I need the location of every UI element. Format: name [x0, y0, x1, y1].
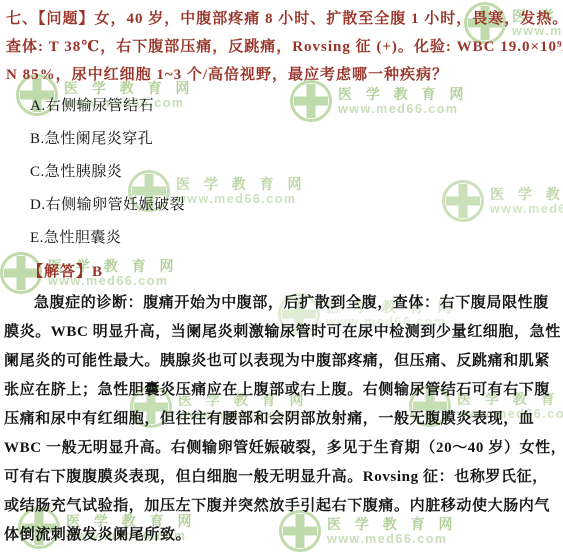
explanation-line: 体倒流刺激发炎阑尾所致。	[4, 521, 563, 550]
explanation-line: WBC 一般无明显升高。右侧输卵管妊娠破裂，多见于生育期（20～40 岁）女性，	[4, 434, 563, 463]
option-b: B.急性阑尾炎穿孔	[30, 130, 563, 149]
question-line-3: N 85%，尿中红细胞 1~3 个/高倍视野，最应考虑哪一种疾病？	[6, 61, 561, 89]
explanation-line: 膜炎。WBC 明显升高，当阑尾炎刺激输尿管时可在尿中检测到少量红细胞，急性	[4, 318, 563, 347]
explanation-line: 可有右下腹腹膜炎表现，但白细胞一般无明显升高。Rovsing 征：也称罗氏征，	[4, 463, 563, 492]
question-stem: 七、【问题】女，40 岁，中腹部疼痛 8 小时、扩散至全腹 1 小时，畏寒，发热…	[0, 0, 563, 89]
answer-label: 【解答】B	[28, 262, 563, 282]
option-d: D.右侧输卵管妊娠破裂	[30, 196, 563, 215]
question-line-2: 查体: T 38℃，右下腹部压痛，反跳痛，Rovsing 征 (+)。化验: W…	[6, 33, 561, 61]
option-c: C.急性胰腺炎	[30, 163, 563, 182]
question-content: 七、【问题】女，40 岁，中腹部疼痛 8 小时、扩散至全腹 1 小时，畏寒，发热…	[0, 0, 563, 550]
document-page: 医 学 教 育 网 www.med66.com 医 学 教 育 网 www.me…	[0, 0, 563, 556]
explanation-line: 张应在脐上；急性胆囊炎压痛应在上腹部或右上腹。右侧输尿管结石可有右下腹	[4, 376, 563, 405]
question-line-1: 七、【问题】女，40 岁，中腹部疼痛 8 小时、扩散至全腹 1 小时，畏寒，发热…	[6, 5, 561, 33]
option-e: E.急性胆囊炎	[30, 229, 563, 248]
options-list: A.右侧输尿管结石 B.急性阑尾炎穿孔 C.急性胰腺炎 D.右侧输卵管妊娠破裂 …	[30, 97, 563, 248]
explanation-line: 阑尾炎的可能性最大。胰腺炎也可以表现为中腹部疼痛，但压痛、反跳痛和肌紧	[4, 347, 563, 376]
explanation-line: 急腹症的诊断：腹痛开始为中腹部，后扩散到全腹，查体：右下腹局限性腹	[4, 289, 563, 318]
explanation-line: 压痛和尿中有红细胞，但往往有腰部和会阴部放射痛，一般无腹膜炎表现，血	[4, 405, 563, 434]
option-a: A.右侧输尿管结石	[30, 97, 563, 116]
explanation-line: 或结肠充气试验指，加压左下腹并突然放手引起右下腹痛。内脏移动使大肠内气	[4, 492, 563, 521]
explanation-paragraph: 急腹症的诊断：腹痛开始为中腹部，后扩散到全腹，查体：右下腹局限性腹 膜炎。WBC…	[4, 289, 563, 550]
